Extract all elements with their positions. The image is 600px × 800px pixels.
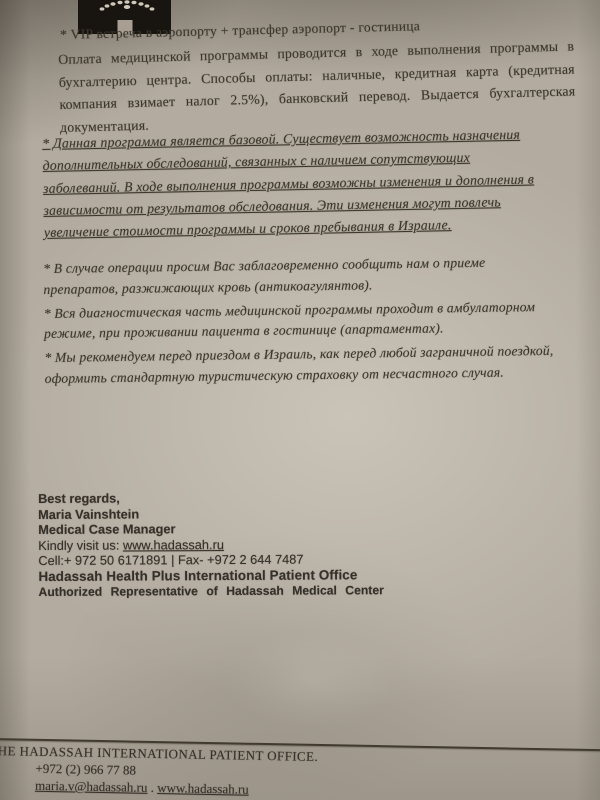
note-outpatient: * Вся диагностическая часть медицинской … (44, 296, 565, 345)
document-page: * VIP встреча в аэропорту + трансфер аэр… (0, 0, 600, 800)
document-photo: * VIP встреча в аэропорту + трансфер аэр… (0, 0, 600, 800)
note-anticoagulants: * В случае операции просим Вас заблаговр… (43, 252, 564, 301)
note-insurance: * Мы рекомендуем перед приездом в Израил… (44, 341, 565, 390)
footer-email-link: maria.v@hadassah.ru (35, 778, 148, 795)
program-note-paragraph: * Данная программа является базовой. Сущ… (42, 123, 546, 244)
signature-block: Best regards, Maria Vainshtein Medical C… (38, 489, 459, 600)
notes-list: * В случае операции просим Вас заблаговр… (43, 252, 565, 393)
website-link: www.hadassah.ru (123, 537, 224, 553)
visit-label: Kindly visit us: (38, 537, 123, 552)
footer-separator: . (147, 780, 157, 795)
footer-website-link: www.hadassah.ru (157, 780, 249, 797)
letterhead-footer: HE HADASSAH INTERNATIONAL PATIENT OFFICE… (0, 738, 600, 800)
authorized-line: Authorized Representative of Hadassah Me… (38, 582, 458, 600)
